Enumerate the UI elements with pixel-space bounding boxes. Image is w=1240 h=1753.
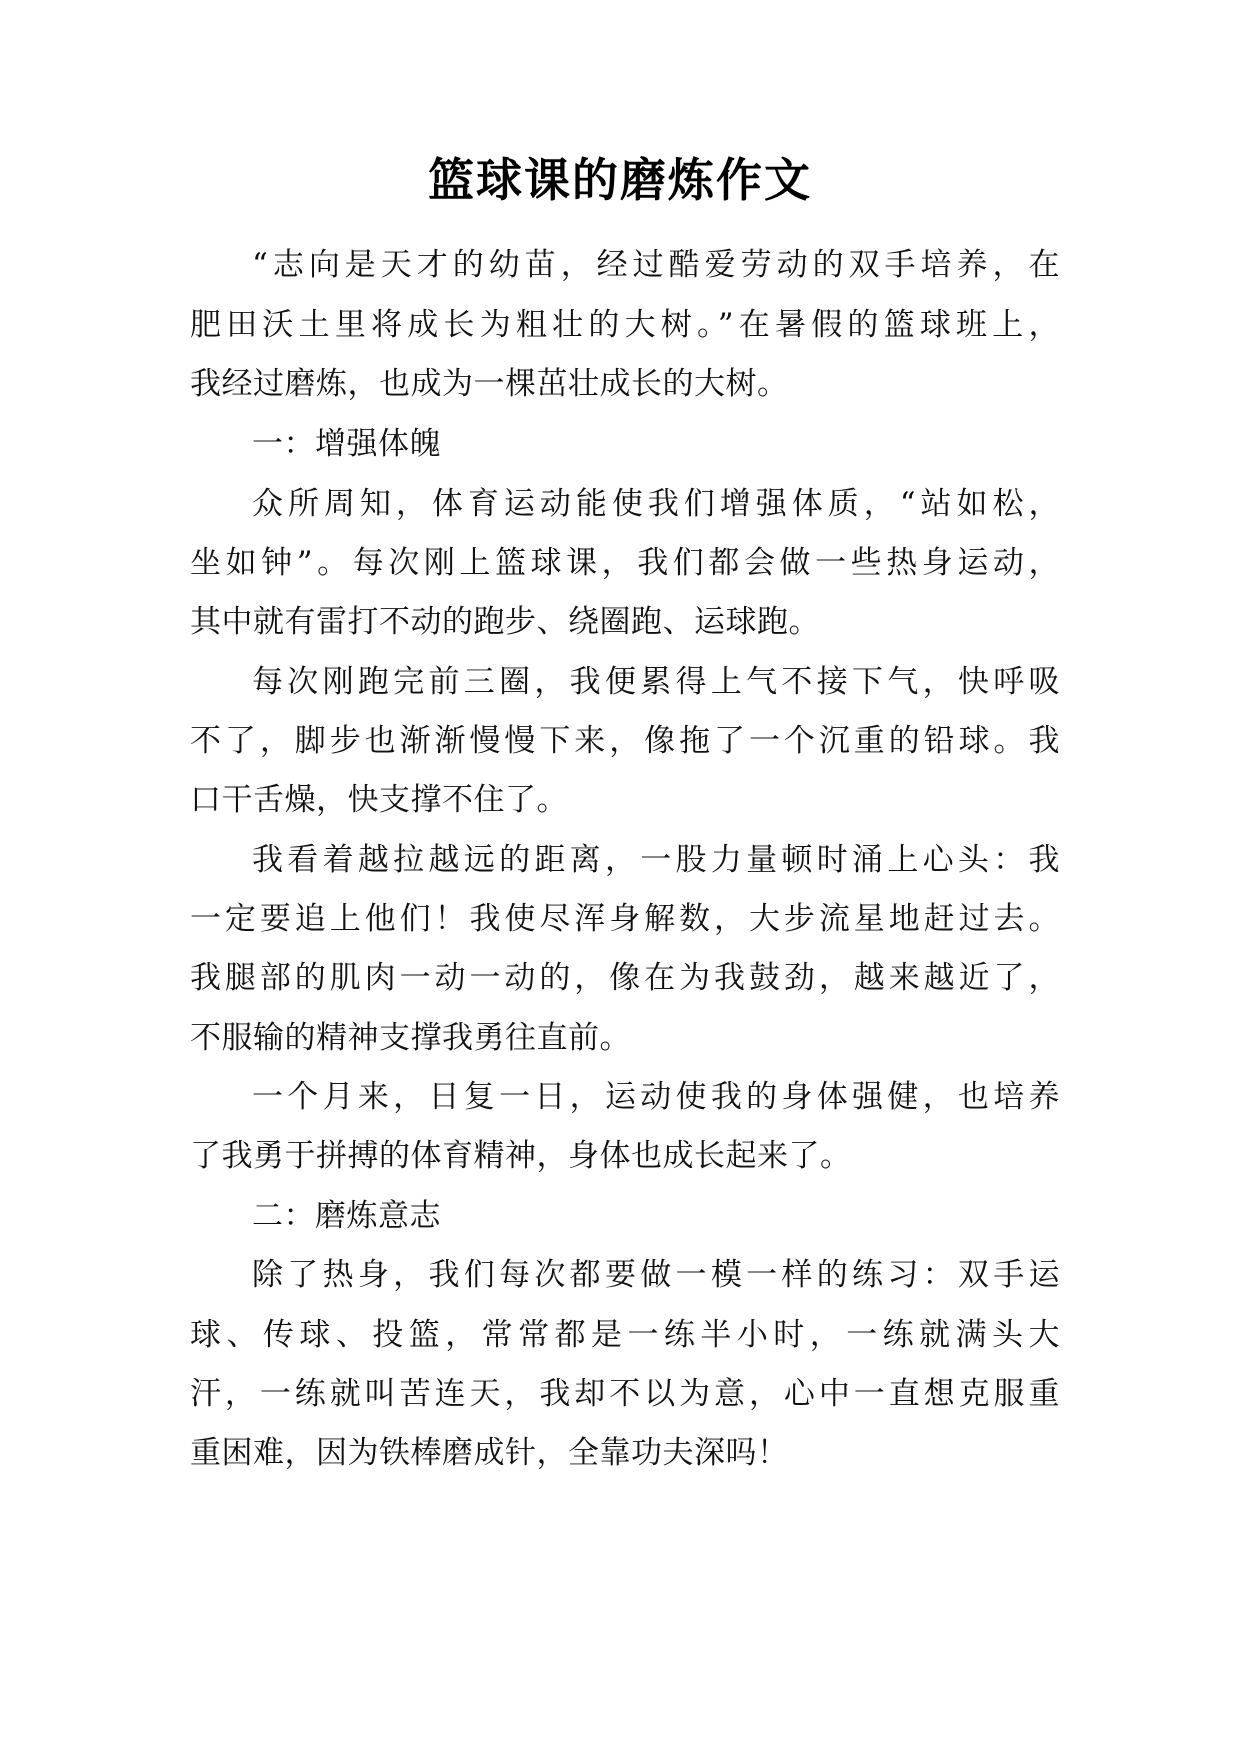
text-line: 汗，一练就叫苦连天，我却不以为意，心中一直想克服重 xyxy=(190,1374,1060,1414)
text-line: 我看着越拉越远的距离，一股力量顿时涌上心头：我 xyxy=(252,840,1060,880)
text-line: 坐如钟”。每次刚上篮球课，我们都会做一些热身运动， xyxy=(190,543,1060,583)
text-line: 一定要追上他们！我使尽浑身解数，大步流星地赶过去。 xyxy=(190,899,1060,939)
text-line: 我腿部的肌肉一动一动的，像在为我鼓劲，越来越近了， xyxy=(190,958,1060,998)
text-line: 我经过磨炼，也成为一棵茁壮成长的大树。 xyxy=(190,364,1060,404)
text-line: “志向是天才的幼苗，经过酷爱劳动的双手培养，在 xyxy=(252,245,1060,285)
text-line: 一个月来，日复一日，运动使我的身体强健，也培养 xyxy=(252,1077,1060,1117)
text-line: 了我勇于拼搏的体育精神，身体也成长起来了。 xyxy=(190,1136,1060,1176)
document-page: 篮球课的磨炼作文 “志向是天才的幼苗，经过酷爱劳动的双手培养，在肥田沃土里将成长… xyxy=(0,0,1240,1753)
text-line: 其中就有雷打不动的跑步、绕圈跑、运球跑。 xyxy=(190,602,1060,642)
document-title: 篮球课的磨炼作文 xyxy=(0,150,1240,210)
text-line: 一：增强体魄 xyxy=(252,424,1122,464)
text-line: 肥田沃土里将成长为粗壮的大树。”在暑假的篮球班上， xyxy=(190,305,1060,345)
text-line: 二：磨炼意志 xyxy=(252,1196,1122,1236)
text-line: 口干舌燥，快支撑不住了。 xyxy=(190,780,1060,820)
text-line: 每次刚跑完前三圈，我便累得上气不接下气，快呼吸 xyxy=(252,662,1060,702)
text-line: 球、传球、投篮，常常都是一练半小时，一练就满头大 xyxy=(190,1315,1060,1355)
text-line: 除了热身，我们每次都要做一模一样的练习：双手运 xyxy=(252,1255,1060,1295)
text-line: 不了，脚步也渐渐慢慢下来，像拖了一个沉重的铅球。我 xyxy=(190,721,1060,761)
text-line: 众所周知，体育运动能使我们增强体质，“站如松， xyxy=(252,484,1060,524)
text-line: 重困难，因为铁棒磨成针，全靠功夫深吗！ xyxy=(190,1433,1060,1473)
text-line: 不服输的精神支撑我勇往直前。 xyxy=(190,1018,1060,1058)
